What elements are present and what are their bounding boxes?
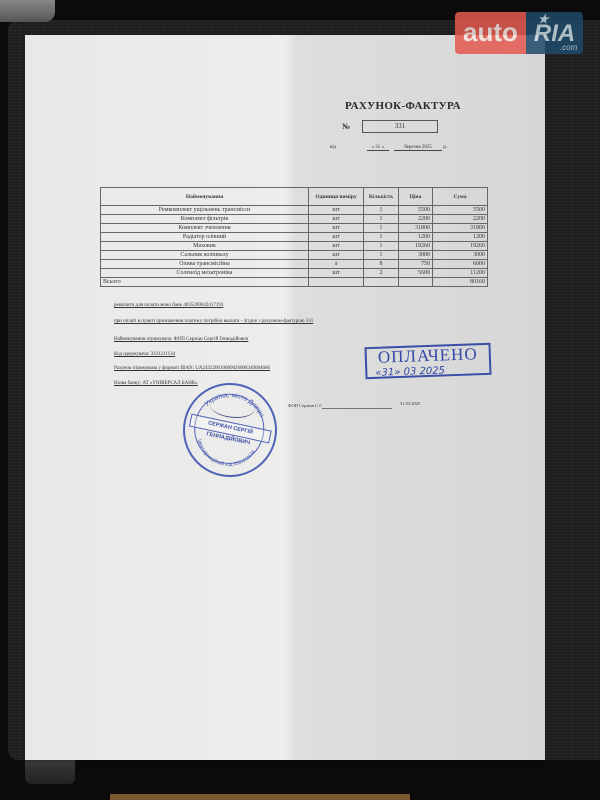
header-name: Найменування: [101, 188, 309, 206]
table-row: Комплект фільтрівшт122002200: [101, 215, 488, 224]
requisites-bank: Назва банку: АТ «УНІВЕРСАЛ БАНК»: [114, 381, 198, 386]
table-row: Олива трансмісійнал87506000: [101, 260, 488, 269]
cell-unit: шт: [309, 224, 364, 233]
table-header-row: Найменування Одиниця виміру Кількість Ці…: [101, 188, 488, 206]
header-price: Ціна: [399, 188, 433, 206]
date-day: « 31 »: [367, 145, 389, 151]
cell-name: Ремкомплект ущільнень трансмісси: [101, 206, 309, 215]
cell-price: 750: [399, 260, 433, 269]
cell-unit: л: [309, 260, 364, 269]
paid-stamp-word: ОПЛАЧЕНО: [367, 345, 490, 367]
paper-fold: [299, 35, 301, 760]
watermark-auto: auto: [455, 12, 526, 54]
cell-qty: 1: [364, 242, 399, 251]
items-table: Найменування Одиниця виміру Кількість Ці…: [100, 187, 488, 287]
number-label: №: [342, 122, 350, 131]
date-suffix: р.: [443, 145, 447, 150]
table-row: Радіатор олівнийшт112001200: [101, 233, 488, 242]
cell-qty: 1: [364, 251, 399, 260]
cell-sum: 31800: [433, 224, 488, 233]
table-row: Маховикшт11926019260: [101, 242, 488, 251]
requisites-purpose: при оплаті в пункті призначення платежу …: [114, 319, 313, 324]
date-prefix: від: [330, 145, 336, 150]
cell-sum: 6000: [433, 260, 488, 269]
cell-price: 31800: [399, 224, 433, 233]
watermark-ria: ★ RIA .com: [526, 12, 583, 54]
case-corner: [0, 0, 55, 22]
cell-price: 1200: [399, 233, 433, 242]
cell-price: 19260: [399, 242, 433, 251]
cell-qty: 1: [364, 224, 399, 233]
cell-qty: 1: [364, 206, 399, 215]
invoice-paper: [25, 35, 545, 760]
paid-stamp: ОПЛАЧЕНО «31» 03 2025: [364, 343, 491, 379]
cell-qty: 8: [364, 260, 399, 269]
header-unit: Одиниця виміру: [309, 188, 364, 206]
cell-sum: 19260: [433, 242, 488, 251]
header-qty: Кількість: [364, 188, 399, 206]
cell-name: Комплект зчеплення: [101, 224, 309, 233]
cell-sum: 1200: [433, 233, 488, 242]
cell-name: Маховик: [101, 242, 309, 251]
cell-qty: 2: [364, 269, 399, 278]
cell-unit: шт: [309, 269, 364, 278]
cell-name: Радіатор олівний: [101, 233, 309, 242]
total-label: Всього: [101, 278, 309, 287]
invoice-title: РАХУНОК-ФАКТУРА: [345, 100, 461, 112]
cell-qty: 1: [364, 233, 399, 242]
cell-unit: шт: [309, 251, 364, 260]
cell-name: Олива трансмісійна: [101, 260, 309, 269]
star-icon: ★: [538, 13, 549, 25]
cell-unit: шт: [309, 206, 364, 215]
cell-price: 5500: [399, 206, 433, 215]
invoice-date: від « 31 » березня 2025 р.: [330, 145, 447, 151]
table-row: Комплект зчепленняшт13180031800: [101, 224, 488, 233]
date-month-year: березня 2025: [394, 145, 442, 151]
cell-name: Сальник колінвалу: [101, 251, 309, 260]
autoria-watermark: auto ★ RIA .com: [455, 12, 583, 54]
total-row: Всього 80160: [101, 278, 488, 287]
requisites-iban: Рахунок отримувача у форматі IBAN: UA243…: [114, 366, 270, 371]
cell-sum: 2200: [433, 215, 488, 224]
cell-unit: шт: [309, 233, 364, 242]
cell-price: 5600: [399, 269, 433, 278]
cell-sum: 11200: [433, 269, 488, 278]
cell-price: 2200: [399, 215, 433, 224]
signature-date: 31.03.2025: [400, 401, 420, 406]
cell-sum: 5500: [433, 206, 488, 215]
signatory-name: ФОП Сержан С.Г.: [288, 403, 323, 408]
requisites-mono: реквізити для оплати моно банк 403520004…: [114, 303, 223, 308]
cell-unit: шт: [309, 215, 364, 224]
cell-name: Комплект фільтрів: [101, 215, 309, 224]
requisites-code: Код одержувача: 3331211134: [114, 352, 175, 357]
signature-line: [322, 408, 392, 409]
cell-name: Соленоїд мехатроніка: [101, 269, 309, 278]
watermark-com: .com: [560, 44, 577, 52]
table-row: Ремкомплект ущільнень трансміссишт155005…: [101, 206, 488, 215]
cell-qty: 1: [364, 215, 399, 224]
invoice-number: 331: [362, 120, 438, 133]
requisites-recipient: Найменування отримувача: ФОП Сержан Серг…: [114, 337, 248, 342]
cell-unit: шт: [309, 242, 364, 251]
total-value: 80160: [433, 278, 488, 287]
cell-sum: 3000: [433, 251, 488, 260]
cell-price: 3000: [399, 251, 433, 260]
header-sum: Сума: [433, 188, 488, 206]
wooden-floor: [110, 794, 410, 800]
table-row: Сальник колінвалушт130003000: [101, 251, 488, 260]
table-row: Соленоїд мехатронікашт2560011200: [101, 269, 488, 278]
